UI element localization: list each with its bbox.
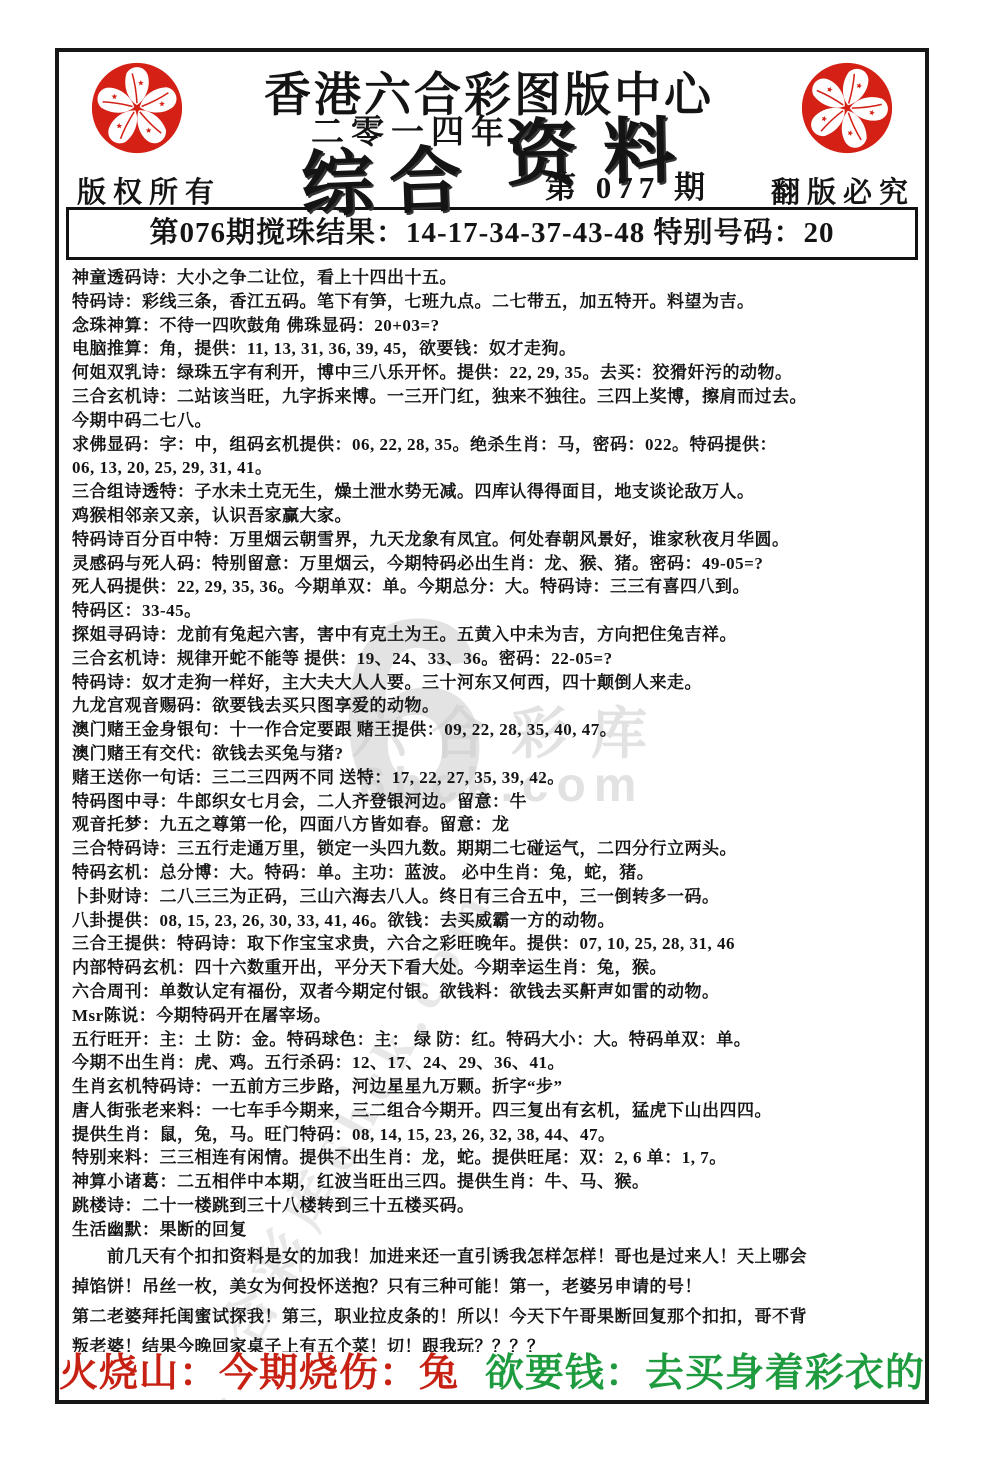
footer-highlight-line: 火烧山：今期烧伤：兔 欲要钱：去买身着彩衣的动物	[59, 1352, 925, 1398]
hk-bauhinia-logo-left	[89, 60, 185, 156]
body-line: 跳楼诗：二十一楼跳到三十八楼转到三十五楼买码。	[72, 1194, 913, 1218]
copyright-right-label: 翻版必究	[771, 170, 915, 211]
body-line: 三合组诗透特：子水未土克无生，燥土泄水势无减。四库认得得面目，地支谈论敌万人。	[72, 480, 913, 504]
body-line: 赌王送你一句话：三二三四两不同 送特：17, 22, 27, 35, 39, 4…	[72, 766, 913, 790]
header: 香港六合彩图版中心 二零一四年 综合 资料 第 077 期 版权所有 翻版必究	[59, 52, 925, 207]
tips-list: 神童透码诗：大小之争二让位，看上十四出十五。特码诗：彩线三条，香江五码。笔下有笋…	[72, 266, 913, 1242]
body-line: 生活幽默：果断的回复	[72, 1218, 913, 1242]
copyright-left-label: 版权所有	[77, 170, 221, 211]
body-line: 澳门赌王有交代：欲钱去买兔与猪?	[72, 742, 913, 766]
story-line: 掉馅饼！吊丝一枚，美女为何投怀送抱？只有三种可能！第一，老婆另申请的号！	[72, 1272, 913, 1302]
lottery-sheet-page: { "header": { "title_top": "香港六合彩图版中心", …	[0, 0, 984, 1457]
body-line: Msr陈说：今期特码开在屠宰场。	[72, 1004, 913, 1028]
previous-draw-results: 第076期搅珠结果：14-17-34-37-43-48 特别号码：20	[66, 207, 918, 260]
body-line: 求佛显码：字：中，组码玄机提供：06, 22, 28, 35。绝杀生肖：马，密码…	[72, 433, 913, 457]
main-title-left: 综合	[299, 121, 479, 231]
body-line: 九龙宫观音赐码：欲要钱去买只图享爱的动物。	[72, 694, 913, 718]
body-line: 提供生肖：鼠，兔，马。旺门特码：08, 14, 15, 23, 26, 32, …	[72, 1123, 913, 1147]
story-line: 前几天有个扣扣资料是女的加我！加进来还一直引诱我怎样怎样！哥也是过来人！天上哪会	[72, 1242, 913, 1272]
body-line: 灵感码与死人码：特别留意：万里烟云，今期特码必出生肖：龙、猴、猪。密码：49-0…	[72, 552, 913, 576]
body-line: 特码诗：彩线三条，香江五码。笔下有笋，七班九点。二七带五，加五特开。料望为吉。	[72, 290, 913, 314]
story-line: 第二老婆拜托闺蜜试探我！第三，职业拉皮条的！所以！今天下午哥果断回复那个扣扣，哥…	[72, 1302, 913, 1332]
body-line: 神算小诸葛：二五相伴中本期，红波当旺出三四。提供生肖：牛、马、猴。	[72, 1170, 913, 1194]
body-line: 八卦提供：08, 15, 23, 26, 30, 33, 41, 46。欲钱：去…	[72, 909, 913, 933]
body-line: 何姐双乳诗：绿珠五字有利开，博中三八乐开怀。提供：22, 29, 35。去买：狡…	[72, 361, 913, 385]
body-line: 今期不出生肖：虎、鸡。五行杀码：12、17、24、29、36、41。	[72, 1051, 913, 1075]
document-frame: 香港六合彩图版中心 二零一四年 综合 资料 第 077 期 版权所有 翻版必究 …	[55, 48, 929, 1404]
body-line: 观音托梦：九五之尊第一伦，四面八方皆如春。留意：龙	[72, 813, 913, 837]
body-line: 澳门赌王金身银句：十一作合定要跟 赌王提供：09, 22, 28, 35, 40…	[72, 718, 913, 742]
body-line: 鸡猴相邻亲又亲，认识吾家赢大家。	[72, 504, 913, 528]
body-line: 念珠神算：不待一四吹鼓角 佛珠显码：20+03=?	[72, 314, 913, 338]
body-line: 内部特码玄机：四十六数重开出，平分天下看大处。今期幸运生肖：兔，猴。	[72, 956, 913, 980]
body-line: 三合王提供：特码诗：取下作宝宝求贵，六合之彩旺晚年。提供：07, 10, 25,…	[72, 932, 913, 956]
humor-story: 前几天有个扣扣资料是女的加我！加进来还一直引诱我怎样怎样！哥也是过来人！天上哪会…	[72, 1242, 913, 1362]
body-line: 五行旺开：主：土 防：金。特码球色：主： 绿 防：红。特码大小：大。特码单双：单…	[72, 1028, 913, 1052]
body-line: 特码区：33-45。	[72, 599, 913, 623]
body-line: 电脑推算：角，提供：11, 13, 31, 36, 39, 45，欲要钱：奴才走…	[72, 337, 913, 361]
body-line: 三合玄机诗：二站该当旺，九字拆来博。一三开门红，独来不独往。三四上奖博，擦肩而过…	[72, 385, 913, 409]
body-line: 神童透码诗：大小之争二让位，看上十四出十五。	[72, 266, 913, 290]
issue-number: 第 077 期	[545, 162, 711, 207]
body-line: 六合周刊：单数认定有福份，双者今期定付银。欲钱料：欲钱去买鼾声如雷的动物。	[72, 980, 913, 1004]
body-line: 生肖玄机特码诗：一五前方三步路，河边星星九万颗。折字“步”	[72, 1075, 913, 1099]
body-line: 唐人街张老来料：一七车手今期来，三二组合今期开。四三复出有玄机，猛虎下山出四四。	[72, 1099, 913, 1123]
body-line: 卜卦财诗：二八三三为正码，三山六海去八人。终日有三合五中，三一倒转多一码。	[72, 885, 913, 909]
body-line: 特码诗百分百中特：万里烟云朝雪界，九天龙象有凤宜。何处春朝风景好，谁家秋夜月华圆…	[72, 528, 913, 552]
body-line: 死人码提供：22, 29, 35, 36。今期单双：单。今期总分：大。特码诗：三…	[72, 575, 913, 599]
body-line: 探姐寻码诗：龙前有兔起六害，害中有克土为王。五黄入中未为吉，方向把住兔吉祥。	[72, 623, 913, 647]
body-line: 三合特码诗：三五行走通万里，锁定一头四九数。期期二七碰运气，二四分行立两头。	[72, 837, 913, 861]
body-line: 特码玄机：总分博：大。特码：单。主功：蓝波。 必中生肖：兔，蛇，猪。	[72, 861, 913, 885]
body-line: 特别来料：三三相连有闲情。提供不出生肖：龙，蛇。提供旺尾：双：2, 6 单：1,…	[72, 1146, 913, 1170]
body-text: 6 六合彩库 6hck.com 六合彩库6hck.com 神童透码诗：大小之争二…	[59, 260, 925, 1362]
body-line: 特码诗：奴才走狗一样好，主大夫大人人要。三十河东又何西，四十颠倒人来走。	[72, 671, 913, 695]
body-line: 三合玄机诗：规律开蛇不能等 提供：19、24、33、36。密码：22-05=?	[72, 647, 913, 671]
body-line: 今期中码二七八。	[72, 409, 913, 433]
body-line: 特码图中寻：牛郎织女七月会，二人齐登银河边。留意：牛	[72, 790, 913, 814]
footer-green-text: 欲要钱：去买身着彩衣的动物	[485, 1352, 929, 1395]
footer-red-text: 火烧山：今期烧伤：兔	[59, 1352, 459, 1395]
body-line: 06, 13, 20, 25, 29, 31, 41。	[72, 456, 913, 480]
hk-bauhinia-logo-right	[799, 60, 895, 156]
